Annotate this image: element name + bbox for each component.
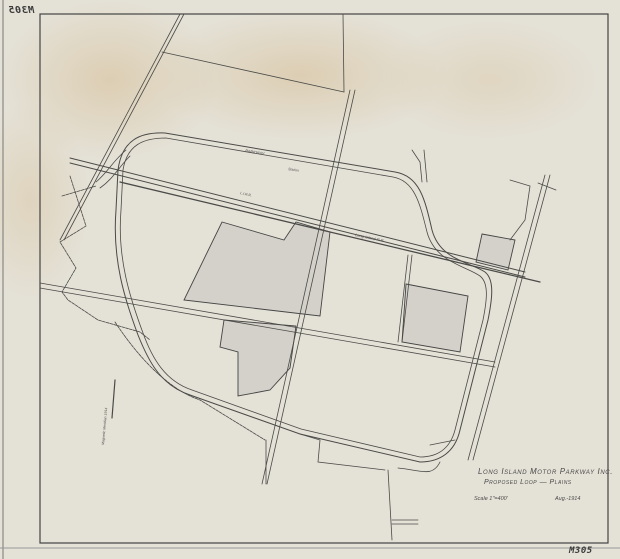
label-station: Station: [288, 167, 299, 173]
property-line-north: [162, 14, 344, 92]
date-note: Aug.-1914: [555, 496, 580, 502]
label-meridian: Magnetic Meridian 1914: [101, 407, 108, 445]
title-line-2: Proposed Loop — Plains: [484, 479, 572, 486]
parcel-east: [402, 284, 468, 352]
label-railroad: L.I.R.R.: [240, 191, 252, 198]
title-line-1: Long Island Motor Parkway Inc.: [478, 467, 613, 476]
catalog-number-mirrored: M305: [8, 5, 34, 16]
road-northwest: [60, 14, 180, 240]
map-sheet: PARKWAY Station L.I.R.R. Long Island R.R…: [0, 0, 620, 559]
railroad-branch: [120, 182, 540, 282]
scale-note: Scale 1"=400': [474, 496, 508, 502]
catalog-number: M305: [569, 546, 593, 556]
parcel-west: [184, 222, 330, 316]
meridian-arrow: [112, 380, 115, 418]
road-northeast: [468, 175, 545, 460]
